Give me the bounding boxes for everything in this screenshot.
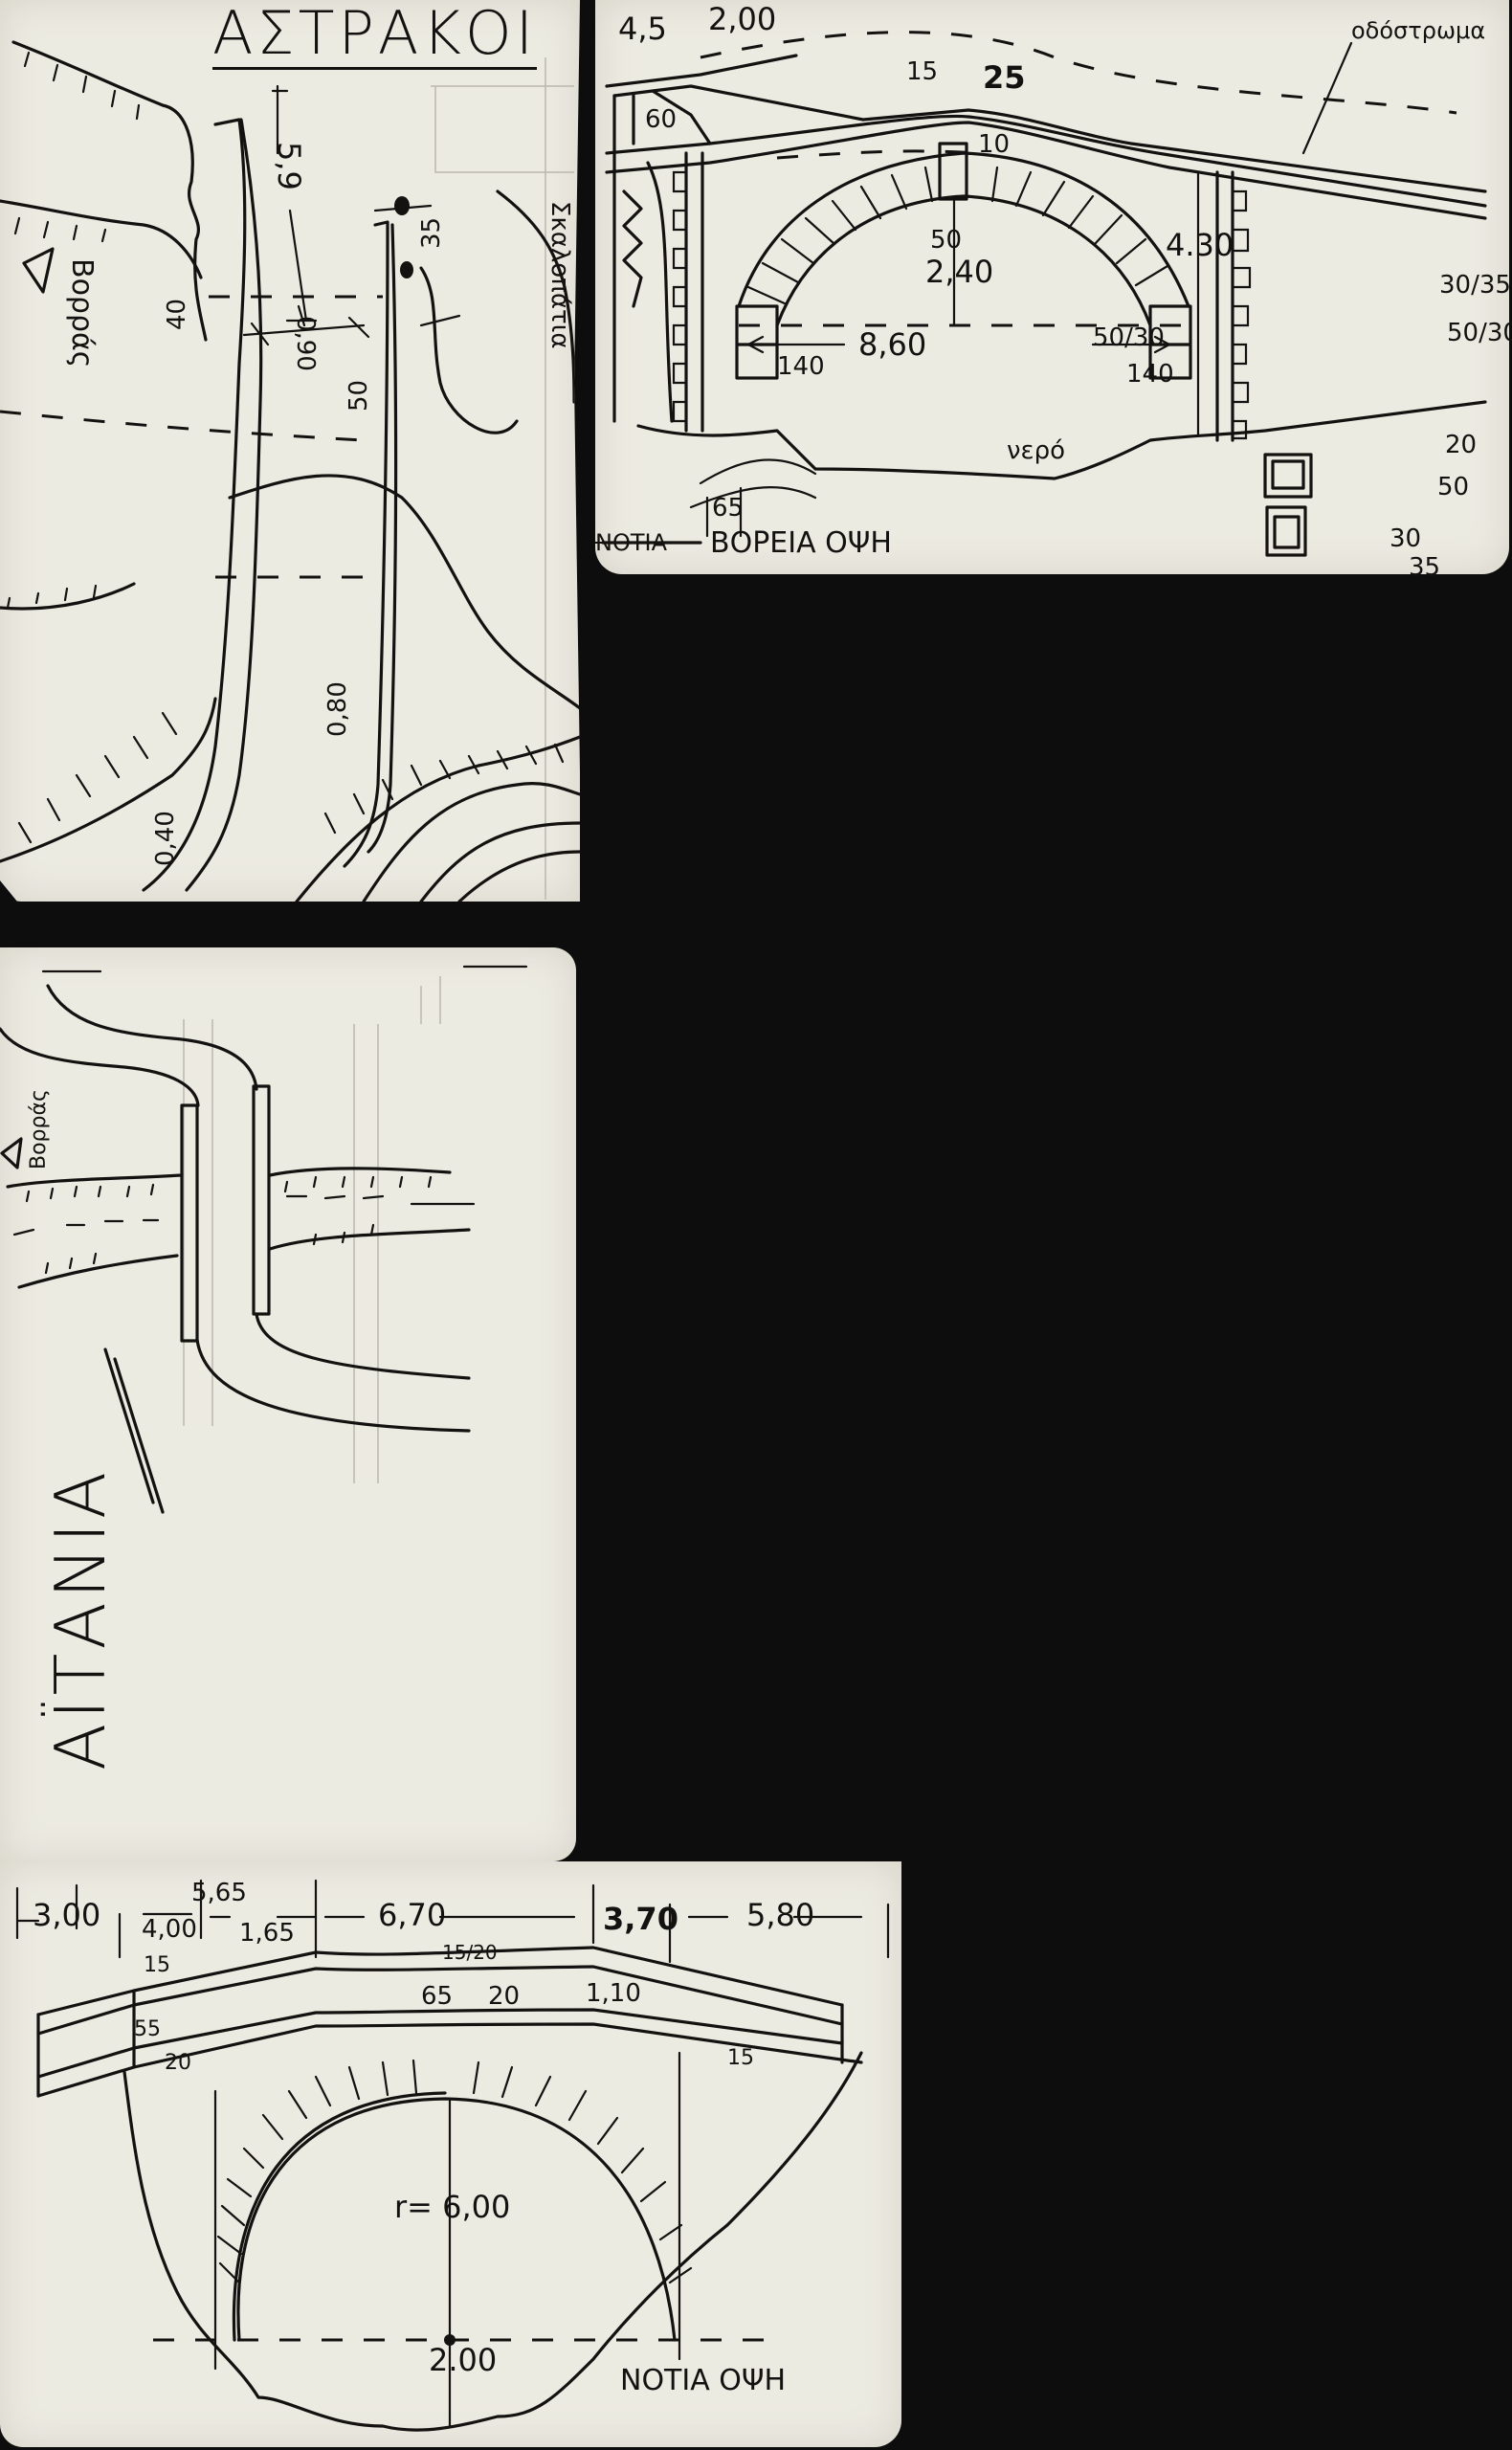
sheet-aitania-plan: ΑΪΤΑΝΙΑ Βορράς bbox=[0, 947, 576, 1861]
dim-seg-1: 3,00 bbox=[33, 1900, 100, 1930]
caption-north-elevation: ΒΟΡΕΙΑ ΟΨΗ bbox=[710, 529, 892, 558]
dim-block-side: 30 bbox=[1390, 526, 1421, 551]
dim-voussoir: 50/30 bbox=[1093, 325, 1165, 350]
dim-base-width: 65 bbox=[712, 496, 744, 521]
dim-seg-3: 4,00 bbox=[142, 1917, 197, 1942]
dim-parapet-height: 60 bbox=[645, 107, 677, 132]
dim-block-bottom: 35 bbox=[1409, 555, 1440, 580]
dim-pier-height: 4.30 bbox=[1166, 230, 1234, 260]
dim-lower-left: 0,40 bbox=[153, 811, 178, 866]
astrakoi-plan-drawing bbox=[0, 0, 580, 902]
dim-rise: 2,40 bbox=[925, 256, 993, 287]
dim-parapet-a: 40 bbox=[165, 299, 189, 330]
dim-top-left-a: 4,5 bbox=[618, 13, 667, 44]
north-elevation-drawing bbox=[595, 0, 1509, 574]
dim-keystone-right: 25 bbox=[983, 62, 1026, 93]
sheet-title-aitania: ΑΪΤΑΝΙΑ bbox=[46, 1468, 115, 1771]
water-label: νερό bbox=[1007, 438, 1065, 463]
dim-arch-thickness: 50 bbox=[930, 228, 962, 253]
dim-parapet-top: 15 bbox=[144, 1955, 170, 1976]
dim-right-note: 15 bbox=[727, 2048, 754, 2069]
dim-stone-a: 30/35 bbox=[1439, 273, 1511, 298]
dim-seg-7: 5,80 bbox=[746, 1900, 814, 1930]
dim-length-upper: 5,9 bbox=[274, 142, 304, 190]
dim-keystone-gap: 10 bbox=[978, 132, 1010, 157]
dim-below-spring: 2.00 bbox=[429, 2345, 497, 2375]
north-label: Βορράς bbox=[67, 258, 96, 367]
dim-radius: r= 6,00 bbox=[394, 2192, 510, 2222]
dim-springer-right: 140 bbox=[1126, 362, 1174, 387]
dim-top-left-b: 2,00 bbox=[708, 4, 776, 34]
dim-crown-mid: 65 bbox=[421, 1984, 453, 2009]
dim-seg-4: 1,65 bbox=[239, 1921, 295, 1946]
dim-crown-top: 15/20 bbox=[442, 1943, 498, 1962]
dim-parapet-b: 50 bbox=[346, 380, 371, 412]
dim-35: 35 bbox=[419, 217, 444, 249]
dim-width-between: 0,90 bbox=[293, 316, 318, 371]
dim-crown-right: 20 bbox=[488, 1984, 520, 2009]
dim-deck-left: 55 bbox=[134, 2019, 161, 2040]
road-label: οδόστρωμα bbox=[1351, 19, 1485, 42]
sheet-title-astrakoi: ΑΣΤΡΑΚΟΙ bbox=[212, 4, 537, 70]
dim-seg-5: 6,70 bbox=[378, 1900, 446, 1930]
side-note-steps: Σκαλοπάτια bbox=[547, 201, 572, 349]
dim-keystone-top: 15 bbox=[906, 59, 938, 84]
struck-word: ΝΟΤΙΑ bbox=[595, 531, 667, 554]
dim-springer-left: 140 bbox=[777, 354, 825, 379]
north-label-aitania: Βορράς bbox=[29, 1089, 50, 1169]
sheet-south-elevation: 3,00 5,65 4,00 1,65 6,70 3,70 5,80 15 55… bbox=[0, 1861, 901, 2447]
dim-pier-gap: 1,10 bbox=[586, 1981, 641, 2006]
dim-lower-right: 0,80 bbox=[325, 681, 350, 737]
sheet-north-elevation: 4,5 2,00 60 15 25 10 50 2,40 8,60 140 14… bbox=[595, 0, 1509, 574]
sheet-astrakoi-plan: ΑΣΤΡΑΚΟΙ Βορράς 5,9 0,90 40 50 35 0,40 0… bbox=[0, 0, 580, 902]
dim-block-inner: 50 bbox=[1437, 475, 1469, 500]
dim-block-top: 20 bbox=[1445, 433, 1477, 457]
dim-stone-b: 50/30 bbox=[1447, 321, 1512, 345]
dim-seg-2: 5,65 bbox=[191, 1881, 247, 1905]
dim-base-left: 20 bbox=[165, 2053, 191, 2074]
dim-span: 8,60 bbox=[858, 329, 926, 360]
caption-south-elevation: ΝΟΤΙΑ ΟΨΗ bbox=[620, 2367, 786, 2395]
dim-seg-6: 3,70 bbox=[603, 1904, 678, 1934]
